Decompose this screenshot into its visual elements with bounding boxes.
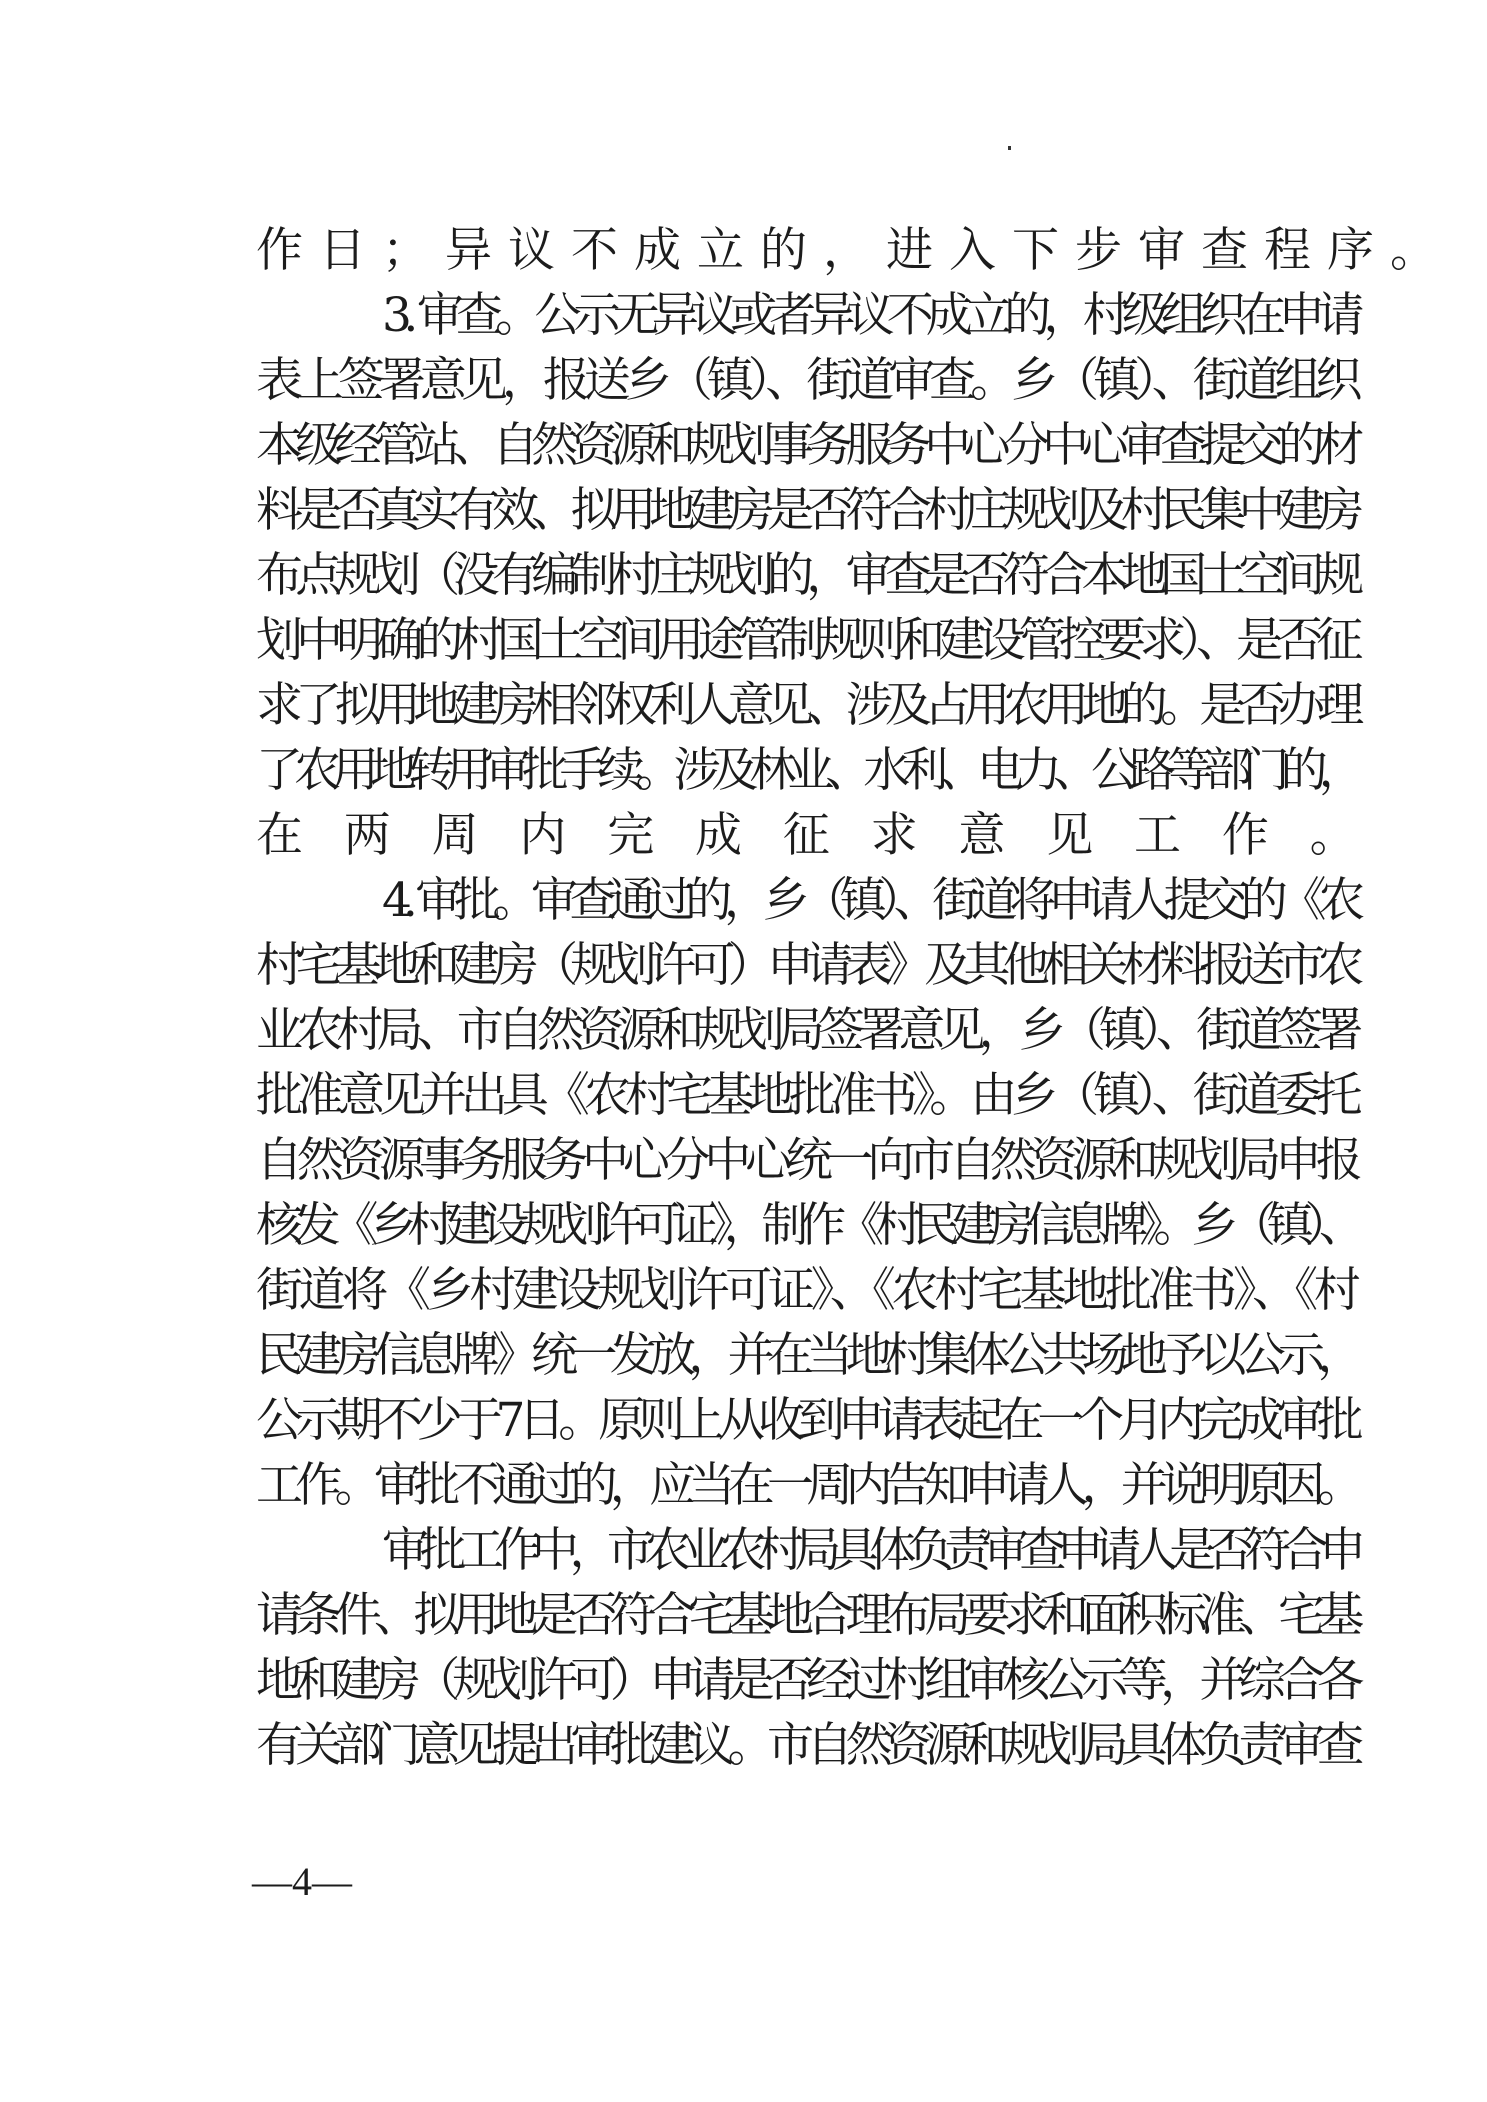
scan-speck <box>1008 146 1011 150</box>
text-line: 3. 审查。公示无异议或者异议不成立的，村级组织在申请 <box>256 283 1356 348</box>
paragraph-continuation: 作日；异议不成立的，进入下步审查程序。 <box>256 218 1356 283</box>
paragraph-review: 3. 审查。公示无异议或者异议不成立的，村级组织在申请 表上签署意见，报送乡（镇… <box>256 283 1356 868</box>
text-line: 工作。审批不通过的，应当在一周内告知申请人，并说明原因。 <box>256 1453 1356 1518</box>
text-line: 有关部门意见提出审批建议。市自然资源和规划局具体负责审查 <box>256 1713 1356 1778</box>
text-line: 布点规划（没有编制村庄规划的，审查是否符合本地国土空间规 <box>256 543 1356 608</box>
text-line: 业农村局、市自然资源和规划局签署意见，乡（镇）、街道签署 <box>256 998 1356 1063</box>
paragraph-approval: 4. 审批。审查通过的，乡（镇）、街道将申请人提交的《农 村宅基地和建房（规划许… <box>256 868 1356 1518</box>
paragraph-approval-work: 审批工作中，市农业农村局具体负责审查申请人是否符合申 请条件、拟用地是否符合宅基… <box>256 1518 1356 1778</box>
text-line: 民建房信息牌》统一发放，并在当地村集体公共场地予以公示， <box>256 1323 1356 1388</box>
text-line: 地和建房（规划许可）申请是否经过村组审核公示等，并综合各 <box>256 1648 1356 1713</box>
text-line: 本级经管站、自然资源和规划事务服务中心分中心审查提交的材 <box>256 413 1356 478</box>
text-line: 村宅基地和建房（规划许可）申请表》及其他相关材料报送市农 <box>256 933 1356 998</box>
text-line: 料是否真实有效、拟用地建房是否符合村庄规划及村民集中建房 <box>256 478 1356 543</box>
text-line: 自然资源事务服务中心分中心统一向市自然资源和规划局申报 <box>256 1128 1356 1193</box>
page-number: —4— <box>252 1858 352 1905</box>
text-line: 划中明确的村国土空间用途管制规则和建设管控要求）、是否征 <box>256 608 1356 673</box>
body-text: 作日；异议不成立的，进入下步审查程序。 3. 审查。公示无异议或者异议不成立的，… <box>256 218 1356 1778</box>
text-line: 作日；异议不成立的，进入下步审查程序。 <box>256 218 1356 283</box>
text-line: 请条件、拟用地是否符合宅基地合理布局要求和面积标准、宅基 <box>256 1583 1356 1648</box>
text-line: 公示期不少于7日。原则上从收到申请表起在一个月内完成审批 <box>256 1388 1356 1453</box>
text-line: 求了拟用地建房相邻权利人意见、涉及占用农用地的。是否办理 <box>256 673 1356 738</box>
text-line: 街道将《乡村建设规划许可证》、《农村宅基地批准书》、《村 <box>256 1258 1356 1323</box>
text-line: 表上签署意见，报送乡（镇）、街道审查。乡（镇）、街道组织 <box>256 348 1356 413</box>
text-line: 核发《乡村建设规划许可证》，制作《村民建房信息牌》。乡（镇）、 <box>256 1193 1356 1258</box>
text-line: 4. 审批。审查通过的，乡（镇）、街道将申请人提交的《农 <box>256 868 1356 933</box>
text-line: 了农用地转用审批手续。涉及林业、水利、电力、公路等部门的， <box>256 738 1356 803</box>
document-page: 作日；异议不成立的，进入下步审查程序。 3. 审查。公示无异议或者异议不成立的，… <box>0 0 1487 2102</box>
text-line: 批准意见并出具《农村宅基地批准书》。由乡（镇）、街道委托 <box>256 1063 1356 1128</box>
text-line: 审批工作中，市农业农村局具体负责审查申请人是否符合申 <box>256 1518 1356 1583</box>
text-line: 在两周内完成征求意见工作。 <box>256 803 1356 868</box>
